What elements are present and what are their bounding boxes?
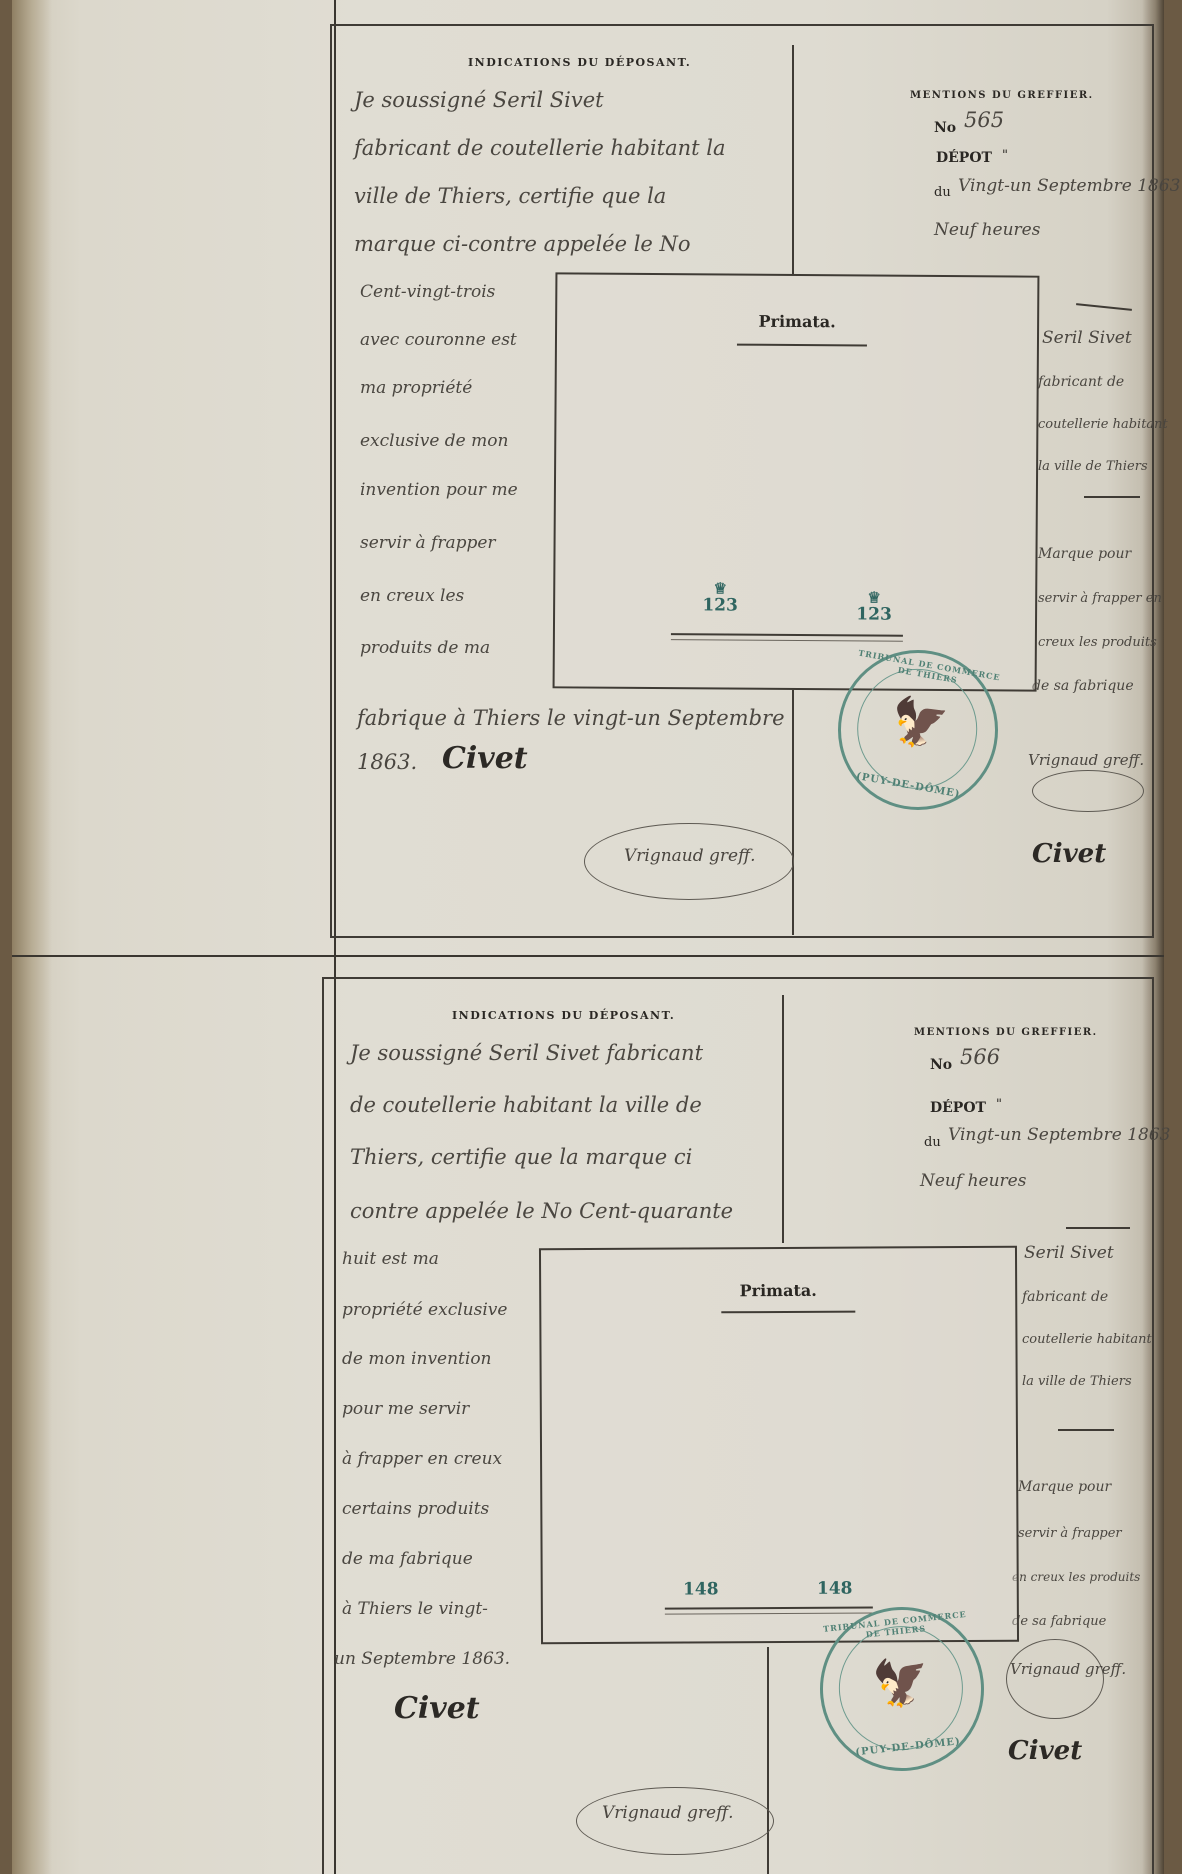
trademark-number-text: 123 — [702, 595, 738, 615]
handwritten-line: pour me servir — [342, 1389, 469, 1430]
clerk-note-line: servir à frapper en — [1038, 578, 1162, 619]
clerk-separator — [1058, 1429, 1114, 1431]
depot-mark: " — [1002, 148, 1008, 163]
clerk-note-signature: Vrignaud greff. — [1010, 1649, 1126, 1690]
trademark-title-rule — [737, 344, 867, 347]
clerk-note-line: Seril Sivet — [1024, 1233, 1114, 1274]
handwritten-line: un Septembre 1863. — [334, 1639, 510, 1680]
registry-number: 565 — [964, 96, 1004, 144]
clerk-note-line: coutellerie habitant — [1022, 1319, 1152, 1360]
handwritten-line: contre appelée le No Cent-quarante — [350, 1187, 733, 1235]
handwritten-line: à frapper en creux — [342, 1439, 502, 1480]
registry-number: 566 — [960, 1033, 1000, 1081]
handwritten-line: Je soussigné Seril Sivet fabricant — [350, 1029, 703, 1077]
depot-mark: " — [996, 1097, 1002, 1112]
handwritten-line: Cent-vingt-trois — [360, 272, 495, 313]
handwritten-line: avec couronne est — [360, 320, 517, 361]
clerk-note-signature: Vrignaud greff. — [1028, 740, 1144, 781]
trademark-number-right: 148 — [805, 1579, 865, 1599]
clerk-note-line: Marque pour — [1038, 534, 1131, 575]
handwritten-line: Je soussigné Seril Sivet — [354, 76, 604, 124]
clerk-note-line: Marque pour — [1018, 1467, 1111, 1508]
clerk-note-line: Seril Sivet — [1042, 318, 1132, 359]
handwritten-line: invention pour me — [360, 470, 518, 511]
clerk-note-line: creux les produits — [1038, 622, 1157, 663]
depositor-heading: INDICATIONS DU DÉPOSANT. — [452, 1009, 675, 1022]
clerk-separator — [1066, 1227, 1130, 1229]
clerk-separator — [1084, 496, 1140, 498]
handwritten-line: exclusive de mon — [360, 421, 508, 462]
register-entry-1: INDICATIONS DU DÉPOSANT. MENTIONS DU GRE… — [12, 0, 1164, 955]
depot-time: Neuf heures — [934, 210, 1040, 251]
handwritten-line: de ma fabrique — [342, 1539, 473, 1580]
depot-date: Vingt-un Septembre 1863 — [958, 166, 1180, 207]
handwritten-line: servir à frapper — [360, 523, 496, 564]
crown-icon: ♕ — [695, 581, 745, 595]
column-divider — [767, 1647, 769, 1874]
trademark-title: Primata. — [557, 310, 1037, 332]
clerk-note-line: de sa fabrique — [1012, 1601, 1106, 1642]
depositor-heading: INDICATIONS DU DÉPOSANT. — [468, 56, 691, 69]
trademark-number-text: 123 — [856, 604, 892, 624]
registry-number-label: No — [934, 120, 956, 136]
depositor-signature: Civet — [442, 735, 528, 783]
handwritten-line: à Thiers le vingt- — [342, 1589, 488, 1630]
clerk-signature: Vrignaud greff. — [602, 1793, 734, 1834]
handwritten-line: certains produits — [342, 1489, 489, 1530]
clerk-signature: Vrignaud greff. — [624, 836, 756, 877]
handwritten-line: en creux les — [360, 576, 464, 617]
column-divider — [792, 45, 794, 275]
clerk-note-depositor-signature: Civet — [1032, 830, 1106, 878]
handwritten-line: fabricant de coutellerie habitant la — [354, 124, 726, 172]
trademark-base-rule — [665, 1607, 873, 1615]
handwritten-line: 1863. — [357, 738, 417, 786]
clerk-note-line: en creux les produits — [1012, 1557, 1140, 1598]
trademark-number-left: 148 — [671, 1579, 731, 1599]
handwritten-line: propriété exclusive — [342, 1290, 507, 1331]
handwritten-line: ma propriété — [360, 368, 472, 409]
clerk-note-line: coutellerie habitant — [1038, 404, 1168, 445]
register-entry-2: INDICATIONS DU DÉPOSANT. MENTIONS DU GRE… — [12, 957, 1164, 1874]
handwritten-line: produits de ma — [360, 628, 490, 669]
clerk-note-depositor-signature: Civet — [1008, 1727, 1082, 1775]
handwritten-line: de mon invention — [342, 1339, 492, 1380]
depot-label: DÉPOT — [930, 1100, 986, 1116]
depot-du-label: du — [934, 185, 951, 200]
trademark-number-right: ♕ 123 — [849, 590, 899, 624]
handwritten-line: ville de Thiers, certifie que la — [354, 172, 666, 220]
clerk-note-line: la ville de Thiers — [1038, 446, 1148, 487]
clerk-note-line: servir à frapper — [1018, 1513, 1122, 1554]
column-divider — [792, 690, 794, 935]
handwritten-line: Thiers, certifie que la marque ci — [350, 1133, 692, 1181]
clerk-heading: MENTIONS DU GREFFIER. — [914, 1027, 1098, 1038]
trademark-title-rule — [721, 1311, 855, 1314]
trademark-box: Primata. ♕ 123 ♕ 123 — [553, 272, 1040, 691]
ledger-page: INDICATIONS DU DÉPOSANT. MENTIONS DU GRE… — [12, 0, 1164, 1874]
handwritten-line: marque ci-contre appelée le No — [354, 220, 691, 268]
trademark-box: Primata. 148 148 — [539, 1246, 1019, 1644]
depot-date: Vingt-un Septembre 1863 — [948, 1115, 1170, 1156]
trademark-number-left: ♕ 123 — [695, 581, 745, 615]
registry-number-label: No — [930, 1057, 952, 1073]
depot-du-label: du — [924, 1135, 941, 1150]
handwritten-line: fabrique à Thiers le vingt-un Septembre — [357, 694, 785, 742]
clerk-note-line: fabricant de — [1038, 362, 1124, 403]
depot-label: DÉPOT — [936, 150, 992, 166]
column-divider — [782, 995, 784, 1243]
clerk-note-line: fabricant de — [1022, 1277, 1108, 1318]
clerk-note-line: de sa fabrique — [1032, 666, 1134, 707]
crown-icon: ♕ — [849, 590, 899, 604]
trademark-base-rule — [671, 633, 903, 642]
clerk-note-line: la ville de Thiers — [1022, 1361, 1132, 1402]
handwritten-line: huit est ma — [342, 1239, 439, 1280]
trademark-title: Primata. — [541, 1280, 1015, 1301]
depositor-signature: Civet — [394, 1685, 480, 1733]
depot-time: Neuf heures — [920, 1161, 1026, 1202]
handwritten-line: de coutellerie habitant la ville de — [350, 1081, 702, 1129]
